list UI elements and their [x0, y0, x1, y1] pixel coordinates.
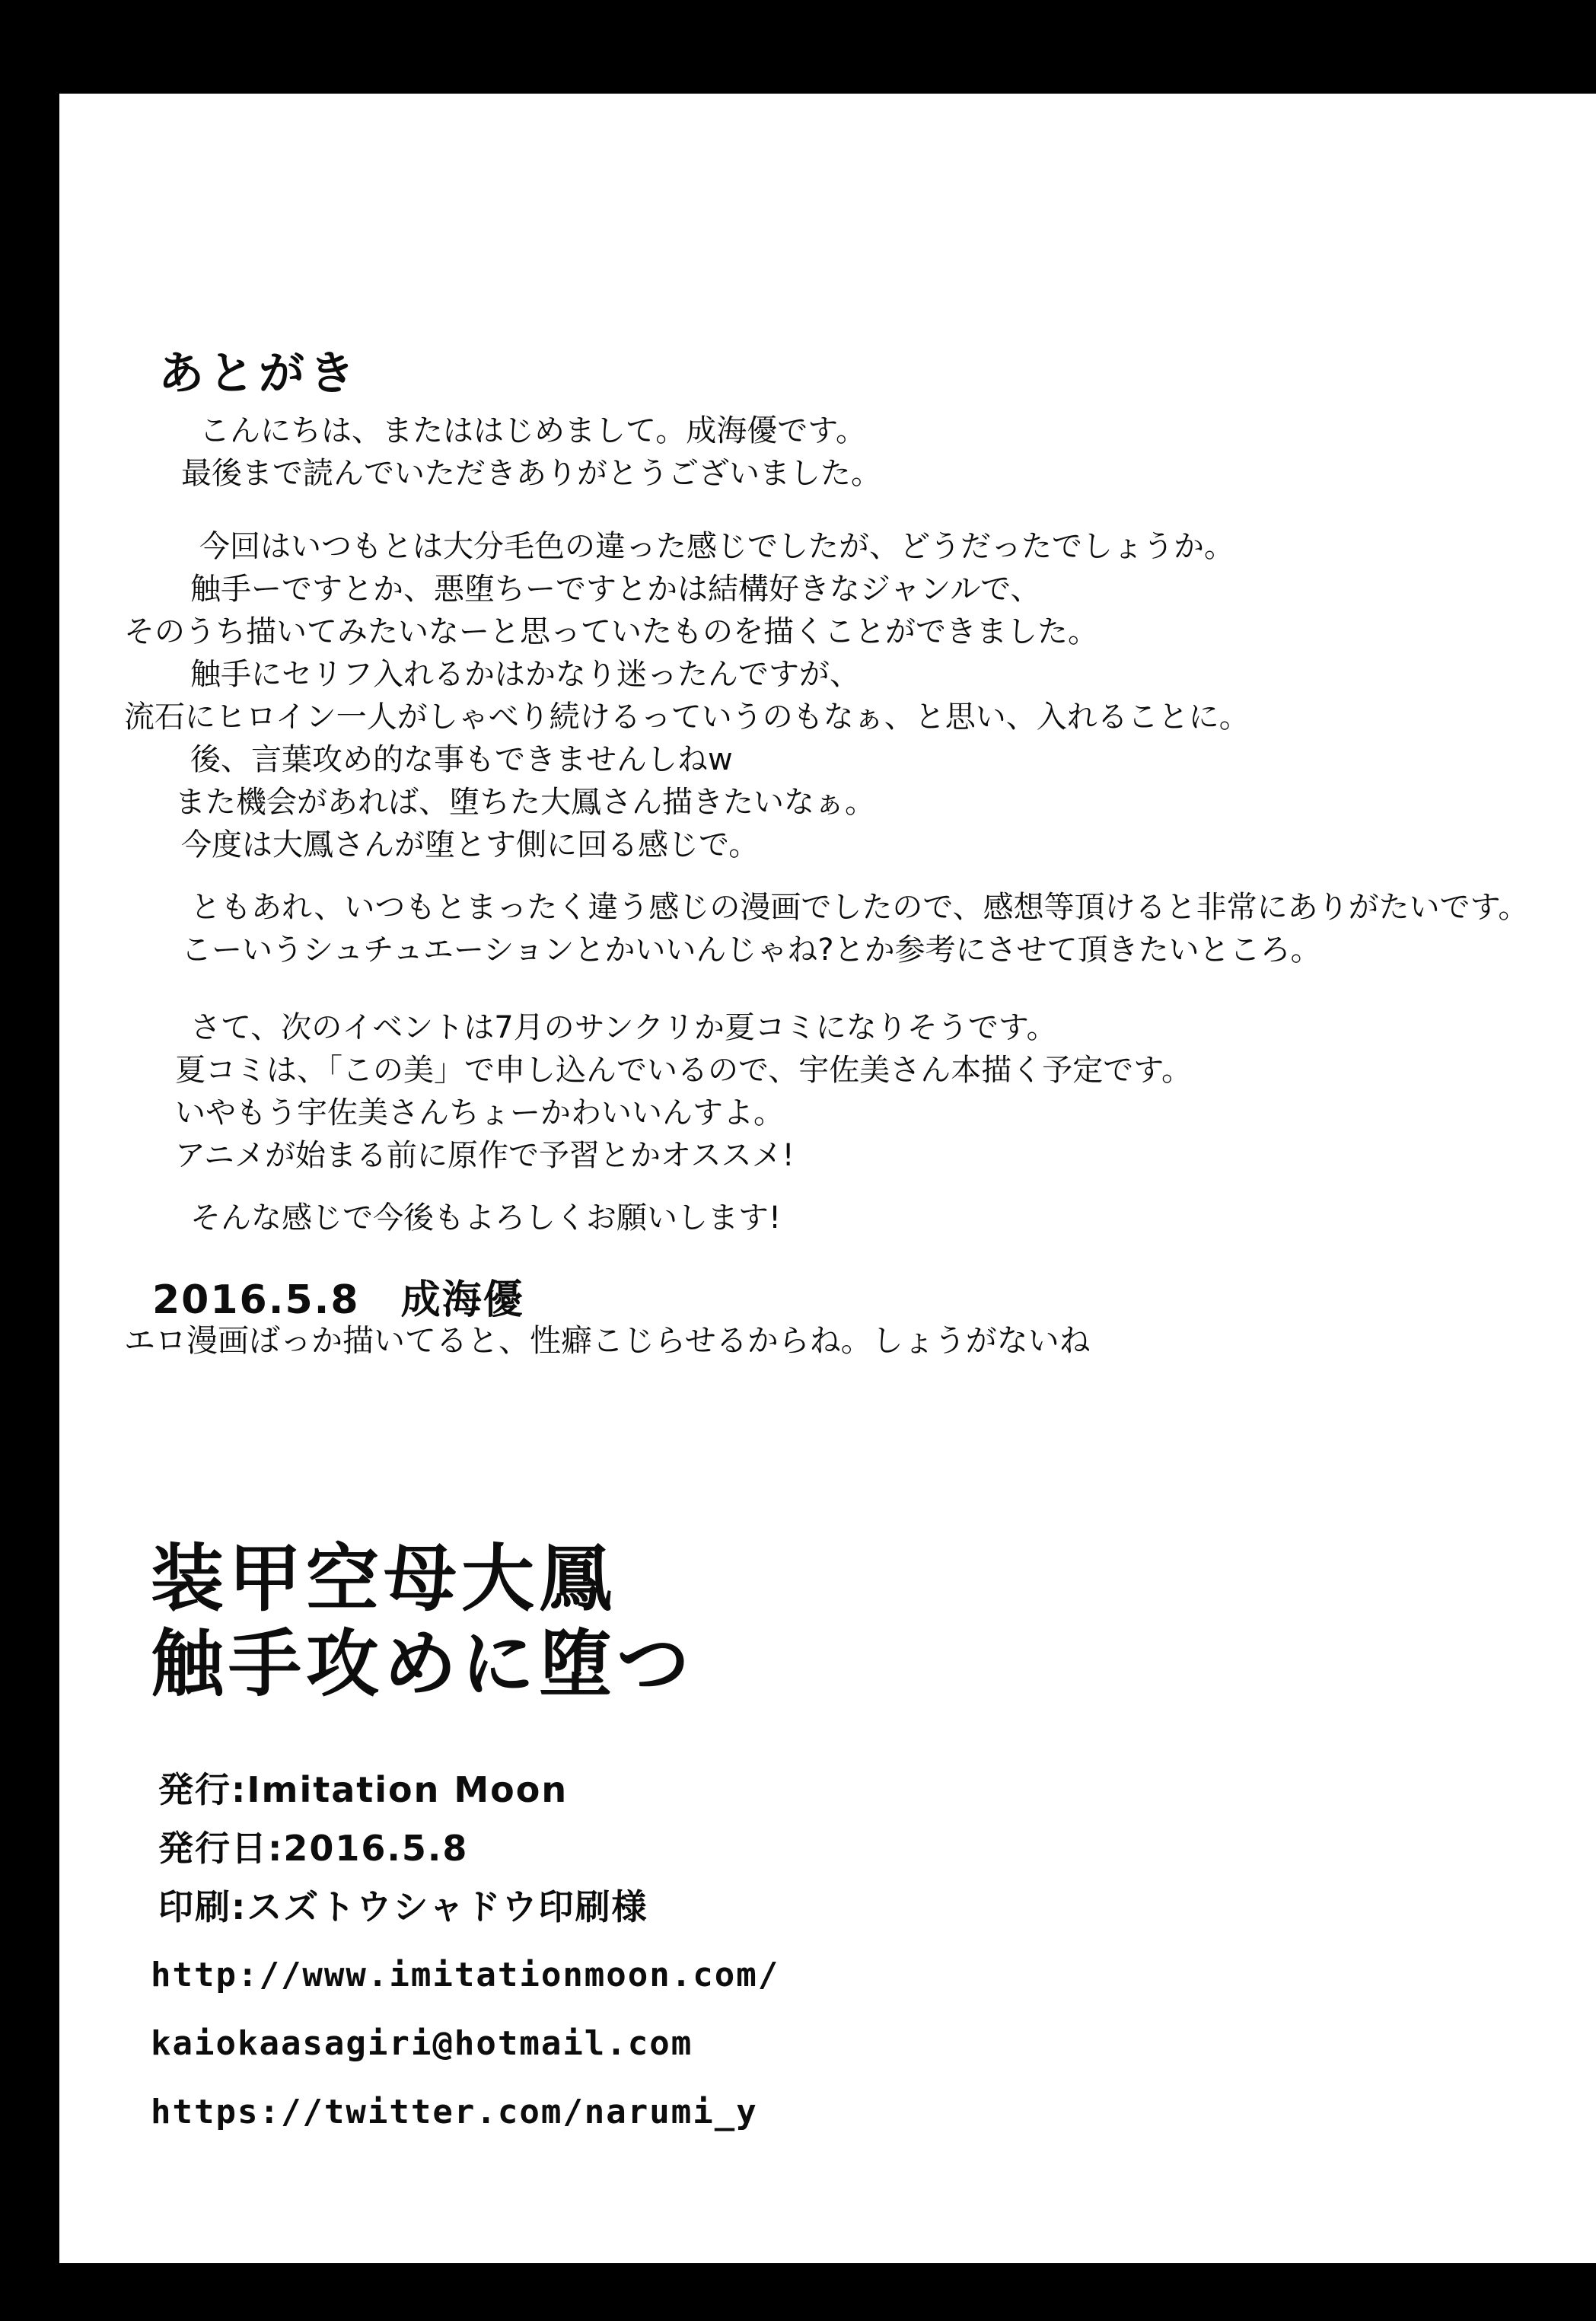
colophon-twitter: https://twitter.com/narumi_y — [151, 2078, 779, 2147]
afterword-heading: あとがき — [158, 337, 359, 403]
book-title-line2: 触手攻めに堕つ — [151, 1621, 694, 1707]
afterword-line: そんな感じで今後もよろしくお願いします! — [190, 1197, 1524, 1239]
colophon: 発行:Imitation Moon 発行日:2016.5.8 印刷:スズトウシャ… — [158, 1761, 779, 2147]
afterword-line: 触手ーですとか、悪堕ちーですとかは結構好きなジャンルで、 — [190, 568, 1524, 611]
colophon-publish-date: 発行日:2016.5.8 — [158, 1819, 779, 1878]
afterword-line: 最後まで読んでいただきありがとうございました。 — [181, 452, 1524, 495]
afterword-page: あとがき こんにちは、またははじめまして。成海優です。 最後まで読んでいただきあ… — [59, 94, 1596, 2263]
colophon-email: kaiokaasagiri@hotmail.com — [151, 2010, 779, 2078]
afterword-line: こんにちは、またははじめまして。成海優です。 — [199, 410, 1524, 452]
colophon-publisher: 発行:Imitation Moon — [158, 1761, 779, 1819]
afterword-line: 流石にヒロイン一人がしゃべり続けるっていうのもなぁ、と思い、入れることに。 — [124, 696, 1524, 738]
afterword-line: アニメが始まる前に原作で予習とかオススメ! — [175, 1134, 1524, 1177]
afterword-line: いやもう宇佐美さんちょーかわいいんすよ。 — [175, 1092, 1524, 1134]
afterword-line: 今回はいつもとは大分毛色の違った感じでしたが、どうだったでしょうか。 — [199, 525, 1524, 568]
scan-black-frame: あとがき こんにちは、またははじめまして。成海優です。 最後まで読んでいただきあ… — [0, 0, 1596, 2321]
afterword-line: そのうち描いてみたいなーと思っていたものを描くことができました。 — [124, 611, 1524, 653]
colophon-website: http://www.imitationmoon.com/ — [151, 1941, 779, 2010]
afterword-line: 今度は大鳳さんが堕とす側に回る感じで。 — [181, 824, 1524, 866]
signature-note: エロ漫画ばっか描いてると、性癖こじらせるからね。しょうがないね — [124, 1315, 1091, 1360]
book-title-line1: 装甲空母大鳳 — [151, 1536, 694, 1621]
afterword-line: 触手にセリフ入れるかはかなり迷ったんですが、 — [190, 653, 1524, 696]
afterword-line: ともあれ、いつもとまったく違う感じの漫画でしたので、感想等頂けると非常にありがた… — [190, 886, 1524, 929]
afterword-line: また機会があれば、堕ちた大鳳さん描きたいなぁ。 — [175, 781, 1524, 824]
colophon-printer: 印刷:スズトウシャドウ印刷様 — [158, 1878, 779, 1937]
afterword-line: さて、次のイベントは7月のサンクリか夏コミになりそうです。 — [190, 1006, 1524, 1049]
afterword-line: こーいうシュチュエーションとかいいんじゃね?とか参考にさせて頂きたいところ。 — [181, 929, 1524, 971]
afterword-line: 後、言葉攻め的な事もできませんしねw — [190, 738, 1524, 781]
afterword-line: 夏コミは、「この美」で申し込んでいるので、宇佐美さん本描く予定です。 — [175, 1049, 1524, 1092]
afterword-text: こんにちは、またははじめまして。成海優です。 最後まで読んでいただきありがとうご… — [124, 410, 1524, 1239]
book-title: 装甲空母大鳳 触手攻めに堕つ — [151, 1536, 694, 1707]
